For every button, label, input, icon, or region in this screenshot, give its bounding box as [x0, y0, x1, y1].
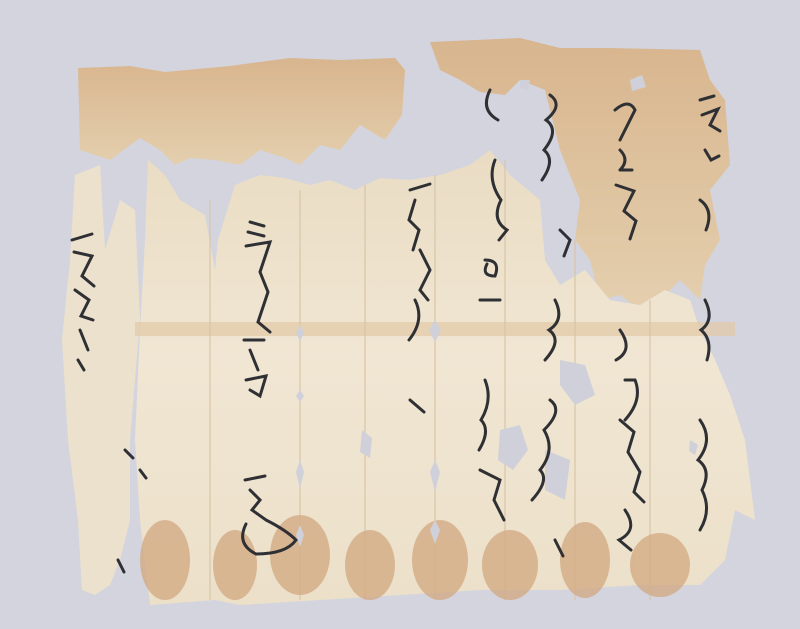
paper-fragment-top-left	[78, 58, 405, 165]
manuscript-photo	[0, 0, 800, 629]
photo-stage	[0, 0, 800, 629]
paper-fragment-left-strip	[62, 165, 140, 595]
